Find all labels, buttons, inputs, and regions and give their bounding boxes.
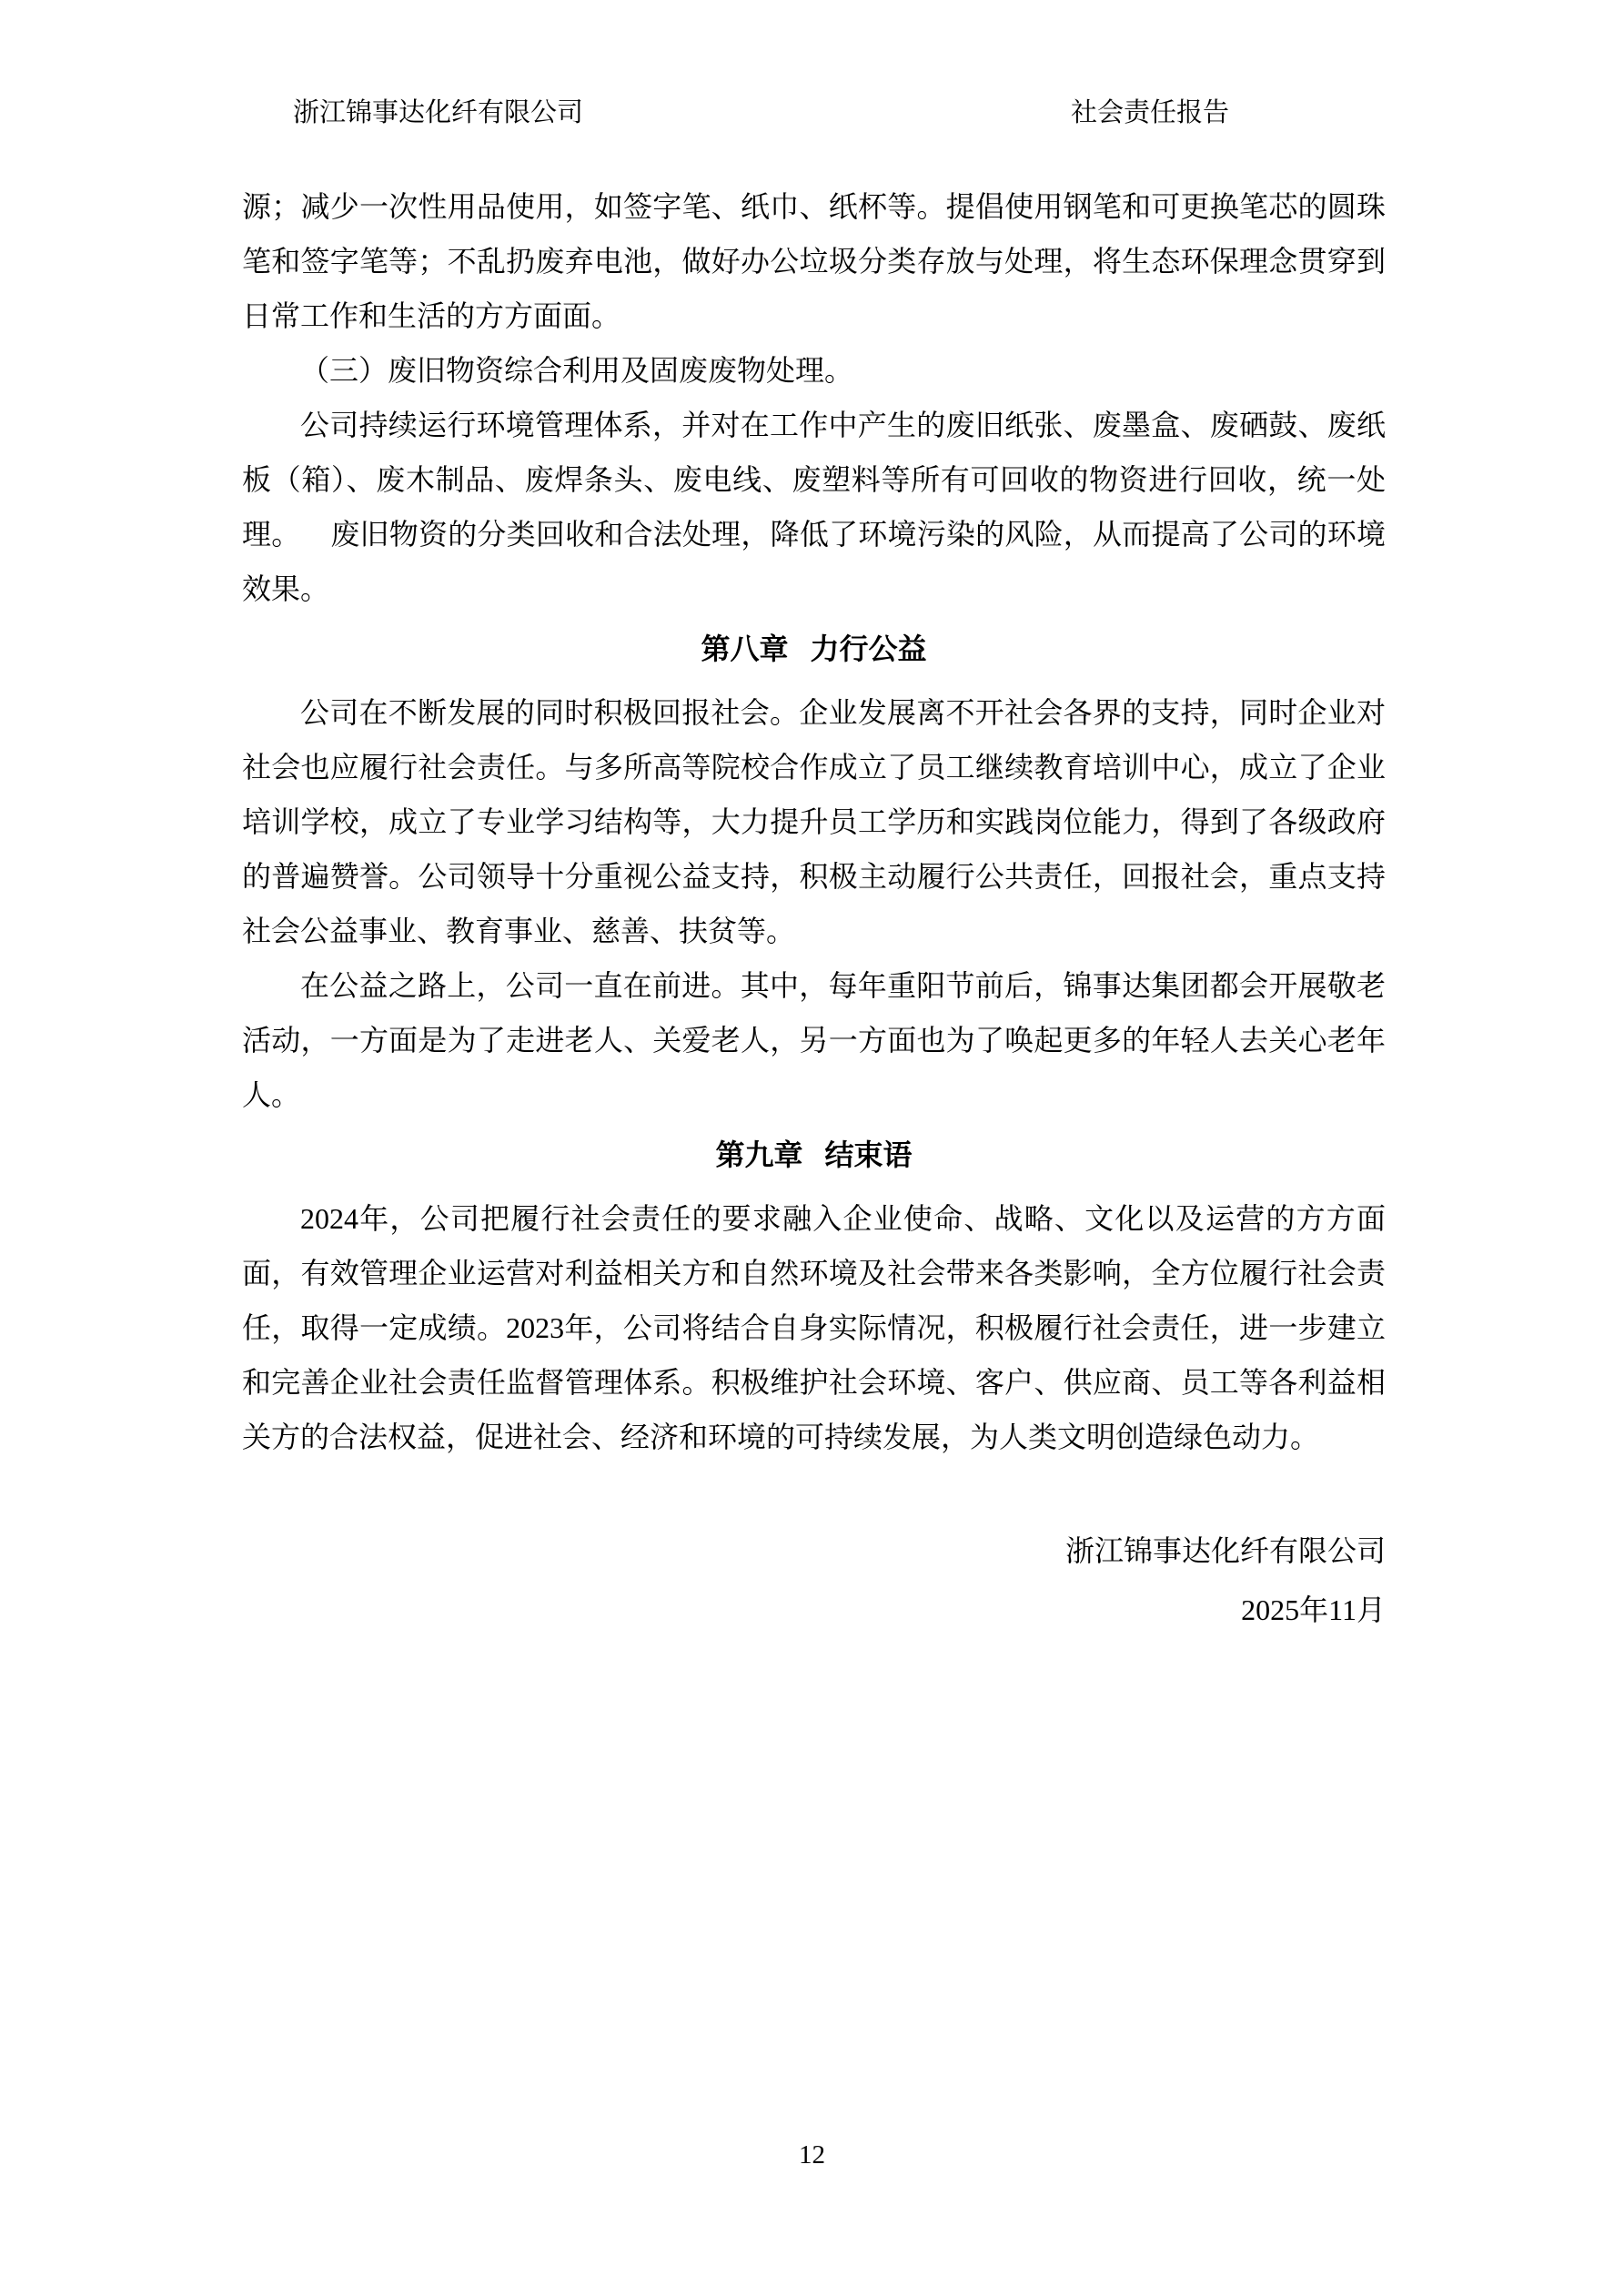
page-header: 浙江锦事达化纤有限公司 社会责任报告 xyxy=(0,96,1624,133)
signature-date: 2025年11月 xyxy=(242,1583,1386,1637)
header-report-title: 社会责任报告 xyxy=(1071,96,1229,129)
page-footer: 12 xyxy=(0,2137,1624,2173)
signature-block: 浙江锦事达化纤有限公司 2025年11月 xyxy=(242,1523,1386,1637)
report-page: 浙江锦事达化纤有限公司 社会责任报告 源；减少一次性用品使用，如签字笔、纸巾、纸… xyxy=(0,0,1624,2296)
body-paragraph: 公司持续运行环境管理体系，并对在工作中产生的废旧纸张、废墨盒、废硒鼓、废纸板（箱… xyxy=(242,398,1386,616)
chapter-heading: 第九章 结束语 xyxy=(242,1128,1386,1182)
body-paragraph: 源；减少一次性用品使用，如签字笔、纸巾、纸杯等。提倡使用钢笔和可更换笔芯的圆珠笔… xyxy=(242,179,1386,343)
header-company-name: 浙江锦事达化纤有限公司 xyxy=(293,96,583,129)
body-paragraph: （三）废旧物资综合利用及固废废物处理。 xyxy=(242,343,1386,398)
chapter-heading: 第八章 力行公益 xyxy=(242,622,1386,676)
body-paragraph: 2024年，公司把履行社会责任的要求融入企业使命、战略、文化以及运营的方方面面，… xyxy=(242,1191,1386,1464)
body-paragraph: 公司在不断发展的同时积极回报社会。企业发展离不开社会各界的支持，同时企业对社会也… xyxy=(242,685,1386,958)
page-number: 12 xyxy=(799,2140,825,2170)
document-body: 源；减少一次性用品使用，如签字笔、纸巾、纸杯等。提倡使用钢笔和可更换笔芯的圆珠笔… xyxy=(242,179,1386,1637)
signature-company: 浙江锦事达化纤有限公司 xyxy=(242,1523,1386,1578)
body-paragraph: 在公益之路上，公司一直在前进。其中，每年重阳节前后，锦事达集团都会开展敬老活动，… xyxy=(242,958,1386,1122)
